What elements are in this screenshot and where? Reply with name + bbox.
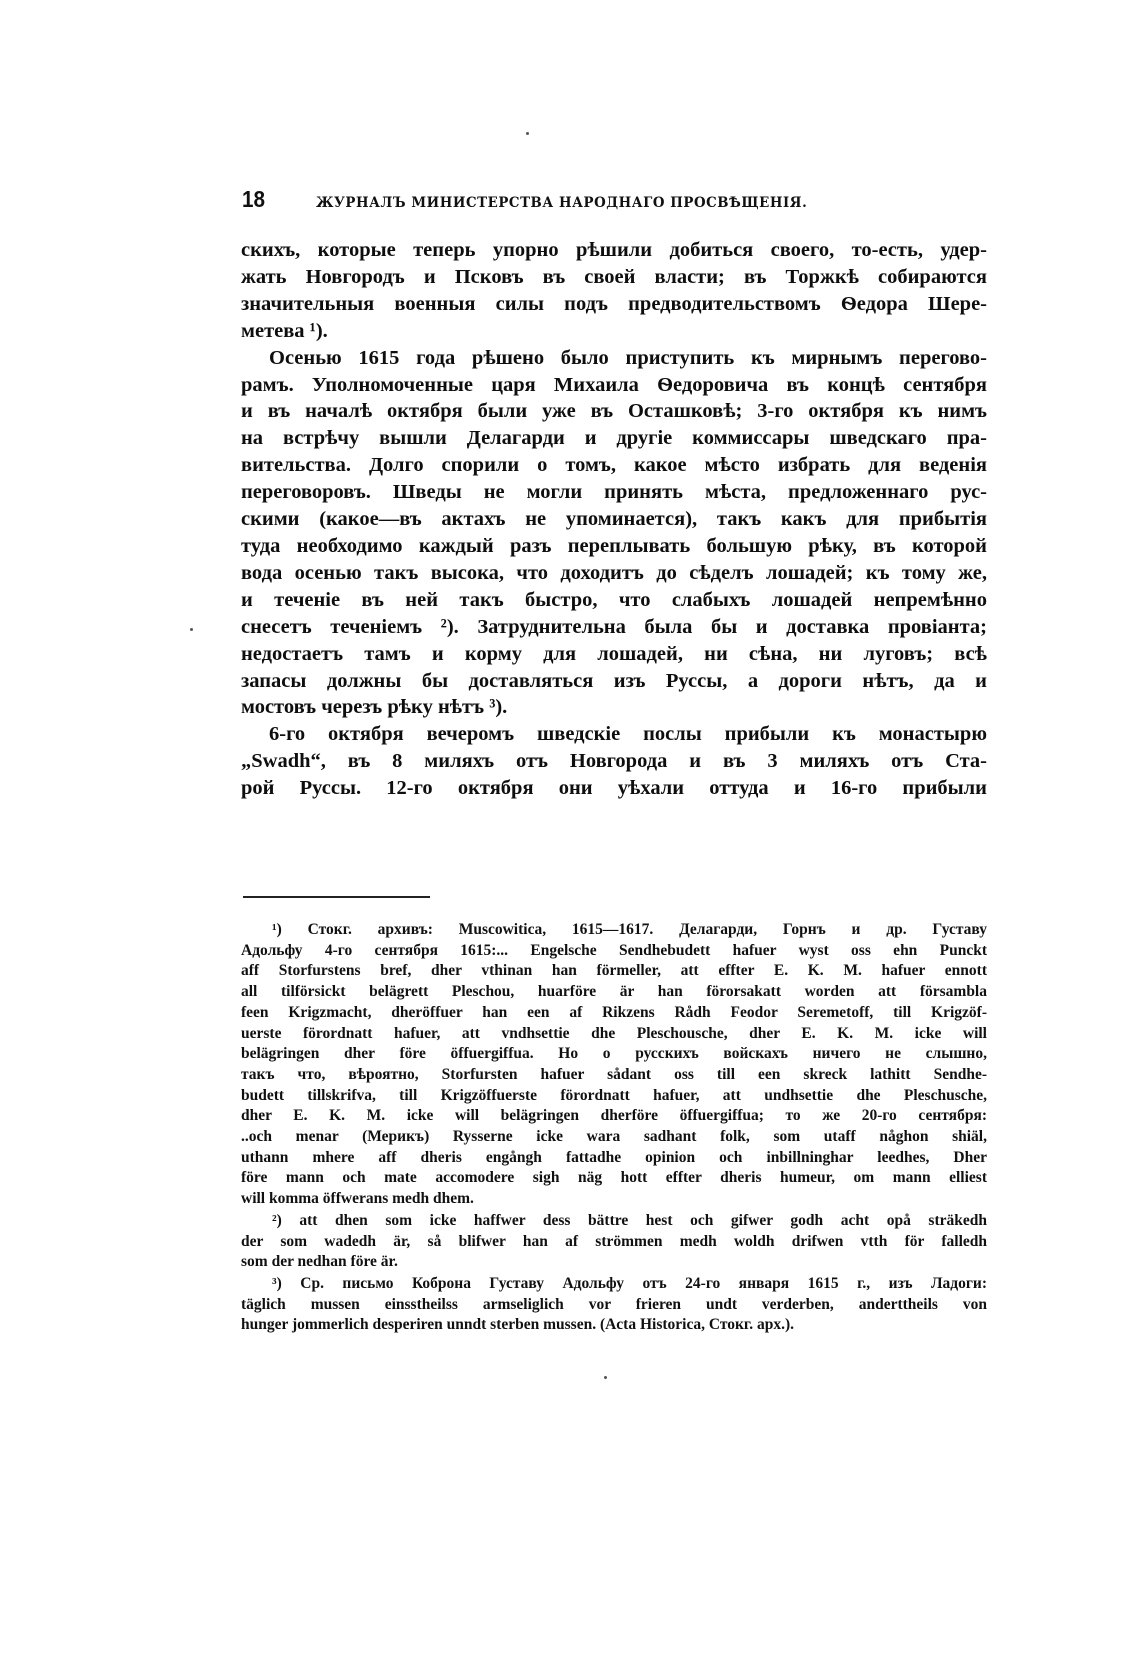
text-line: и теченіе въ ней такъ быстро, что слабых… (241, 587, 987, 614)
text-line: „Swadh“, въ 8 миляхъ отъ Новгорода и въ … (241, 748, 987, 775)
page-header: 18 ЖУРНАЛЪ МИНИСТЕРСТВА НАРОДНАГО ПРОСВѢ… (242, 186, 987, 216)
footnote-line: aff Storfurstens bref, dher vthinan han … (241, 961, 987, 982)
footnote-3: ³) Ср. письмо Коброна Густаву Адольфу от… (241, 1274, 987, 1336)
footnote-line: uthann mhere aff dheris engångh fattadhe… (241, 1148, 987, 1169)
footnote-line: ²) att dhen som icke haffwer dess bättre… (241, 1211, 987, 1232)
footnote-line: som der nedhan före är. (241, 1252, 987, 1273)
footnote-line: belägringen dher före öffuergiffua. Но о… (241, 1044, 987, 1065)
footnote-line: will komma öffwerans medh dhem. (241, 1189, 987, 1210)
footnote-line: före mann och mate accomodere sigh näg h… (241, 1168, 987, 1189)
footnotes: ¹) Стокг. архивъ: Muscowitica, 1615—1617… (241, 920, 987, 1336)
text-line: жать Новгородъ и Псковъ въ своей власти;… (241, 264, 987, 291)
scan-speck (526, 132, 529, 135)
scanned-page: 18 ЖУРНАЛЪ МИНИСТЕРСТВА НАРОДНАГО ПРОСВѢ… (0, 0, 1140, 1660)
footnote-line: такъ что, вѣроятно, Storfursten hafuer s… (241, 1065, 987, 1086)
text-line: рамъ. Уполномоченные царя Михаила Ѳедоро… (241, 372, 987, 399)
footnote-line: hunger jommerlich desperiren unndt sterb… (241, 1315, 987, 1336)
text-line: запасы должны бы доставляться изъ Руссы,… (241, 668, 987, 695)
text-line: значительныя военныя силы подъ предводит… (241, 291, 987, 318)
paragraph-1: скихъ, которые теперь упорно рѣшили доби… (241, 237, 987, 345)
text-line: вода осенью такъ высока, что доходитъ до… (241, 560, 987, 587)
footnote-line: feen Krigzmacht, dheröffuer han een af R… (241, 1003, 987, 1024)
page-number: 18 (242, 186, 305, 213)
scan-speck (604, 1376, 607, 1379)
footnote-line: Адольфу 4-го сентября 1615:... Engelsche… (241, 941, 987, 962)
footnote-line: ¹) Стокг. архивъ: Muscowitica, 1615—1617… (241, 920, 987, 941)
text-line: скими (какое—въ актахъ не упоминается), … (241, 506, 987, 533)
text-line: Осенью 1615 года рѣшено было приступить … (241, 345, 987, 372)
footnote-line: dher E. K. M. icke will belägringen dher… (241, 1106, 987, 1127)
text-line: 6-го октября вечеромъ шведскіе послы при… (241, 721, 987, 748)
text-line: туда необходимо каждый разъ переплывать … (241, 533, 987, 560)
text-line: недостаетъ тамъ и корму для лошадей, ни … (241, 641, 987, 668)
text-line: метева ¹). (241, 318, 987, 345)
text-line: скихъ, которые теперь упорно рѣшили доби… (241, 237, 987, 264)
footnote-line: all tilförsickt belägrett Pleschou, huar… (241, 982, 987, 1003)
text-line: вительства. Долго спорили о томъ, какое … (241, 452, 987, 479)
text-line: мостовъ черезъ рѣку нѣтъ ³). (241, 694, 987, 721)
footnote-line: uerste förordnatt hafuer, att vndhsettie… (241, 1024, 987, 1045)
footnote-line: ³) Ср. письмо Коброна Густаву Адольфу от… (241, 1274, 987, 1295)
footnote-line: budett tillskrifva, till Krigzöffuerste … (241, 1086, 987, 1107)
footnote-line: täglich mussen einsstheilss armseliglich… (241, 1295, 987, 1316)
footnote-2: ²) att dhen som icke haffwer dess bättre… (241, 1211, 987, 1273)
main-text: скихъ, которые теперь упорно рѣшили доби… (241, 237, 987, 802)
text-line: на встрѣчу вышли Делагарди и другіе комм… (241, 425, 987, 452)
paragraph-2: Осенью 1615 года рѣшено было приступить … (241, 345, 987, 722)
footnote-divider (243, 896, 430, 898)
text-line: переговоровъ. Шведы не могли принять мѣс… (241, 479, 987, 506)
text-line: снесетъ теченіемъ ²). Затруднительна был… (241, 614, 987, 641)
text-line: рой Руссы. 12-го октября они уѣхали отту… (241, 775, 987, 802)
text-line: и въ началѣ октября были уже въ Осташков… (241, 398, 987, 425)
footnote-line: ..och menar (Мерикъ) Rysserne icke wara … (241, 1127, 987, 1148)
running-title: ЖУРНАЛЪ МИНИСТЕРСТВА НАРОДНАГО ПРОСВѢЩЕН… (316, 195, 807, 211)
paragraph-3: 6-го октября вечеромъ шведскіе послы при… (241, 721, 987, 802)
footnote-line: der som wadedh är, så blifwer han af str… (241, 1232, 987, 1253)
footnote-1: ¹) Стокг. архивъ: Muscowitica, 1615—1617… (241, 920, 987, 1210)
scan-speck (190, 628, 193, 631)
